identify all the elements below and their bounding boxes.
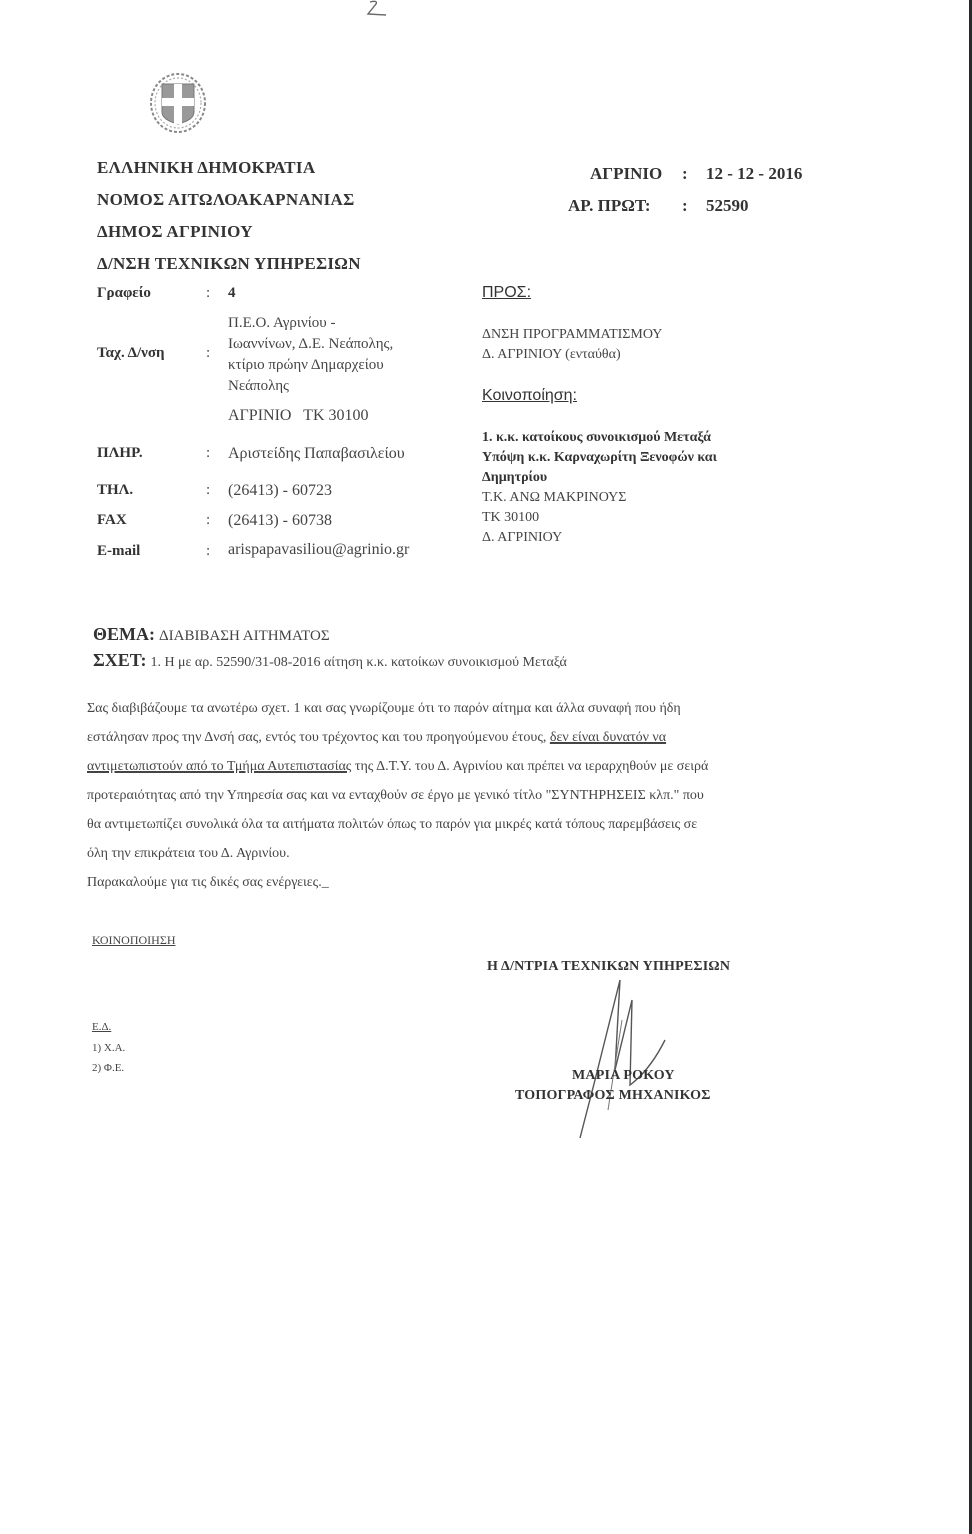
subject-row: ΘΕΜΑ: ΔΙΑΒΙΒΑΣΗ ΑΙΤΗΜΑΤΟΣ bbox=[93, 624, 330, 645]
cc-line: Υπόψη κ.κ. Καρναχωρίτη Ξενοφών και bbox=[482, 448, 717, 468]
address-value: Π.Ε.Ο. Αγρινίου - Ιωαννίνων, Δ.Ε. Νεάπολ… bbox=[228, 313, 468, 397]
reference-label: ΣΧΕΤ: bbox=[93, 650, 146, 670]
distribution-item: 2) Φ.Ε. bbox=[92, 1062, 124, 1074]
body-line: όλη την επικράτεια του Δ. Αγρινίου. bbox=[87, 839, 887, 868]
address-line: κτίριο πρώην Δημαρχείου bbox=[228, 355, 468, 376]
fax-colon: : bbox=[206, 512, 210, 529]
info-colon: : bbox=[206, 445, 210, 462]
header-department: Δ/ΝΣΗ ΤΕΧΝΙΚΩΝ ΥΠΗΡΕΣΙΩΝ bbox=[97, 254, 361, 274]
date-colon: : bbox=[682, 164, 688, 184]
to-line: Δ. ΑΓΡΙΝΙΟΥ (ενταύθα) bbox=[482, 345, 662, 365]
protocol-number: 52590 bbox=[706, 196, 749, 216]
subject-value: ΔΙΑΒΙΒΑΣΗ ΑΙΤΗΜΑΤΟΣ bbox=[159, 628, 330, 644]
subject-label: ΘΕΜΑ: bbox=[93, 624, 155, 644]
body-line: Παρακαλούμε για τις δικές σας ενέργειες.… bbox=[87, 868, 887, 897]
protocol-colon: : bbox=[682, 196, 688, 216]
email-label: E-mail bbox=[97, 543, 140, 560]
address-colon: : bbox=[206, 345, 210, 362]
distribution-item: 1) Χ.Α. bbox=[92, 1042, 125, 1054]
header-prefecture: ΝΟΜΟΣ ΑΙΤΩΛΟΑΚΑΡΝΑΝΙΑΣ bbox=[97, 190, 355, 210]
internal-distribution-heading: Ε.Δ. bbox=[92, 1021, 111, 1033]
cc-line: Δ. ΑΓΡΙΝΙΟΥ bbox=[482, 528, 717, 548]
address-line: Ιωαννίνων, Δ.Ε. Νεάπολης, bbox=[228, 334, 468, 355]
info-label: ΠΛΗΡ. bbox=[97, 445, 143, 462]
body-text-span: της Δ.Τ.Υ. του Δ. Αγρινίου και πρέπει να… bbox=[351, 759, 708, 774]
body-line: θα αντιμετωπίζει συνολικά όλα τα αιτήματ… bbox=[87, 810, 887, 839]
address-label: Ταχ. Δ/νση bbox=[97, 345, 165, 362]
reference-value: 1. Η με αρ. 52590/31-08-2016 αίτηση κ.κ.… bbox=[150, 655, 566, 670]
header-municipality: ΔΗΜΟΣ ΑΓΡΙΝΙΟΥ bbox=[97, 222, 253, 242]
letter-body: Σας διαβιβάζουμε τα ανωτέρω σχετ. 1 και … bbox=[87, 694, 887, 897]
cc-line: Δημητρίου bbox=[482, 468, 717, 488]
body-line: αντιμετωπιστούν από το Τμήμα Αυτεπιστασί… bbox=[87, 752, 887, 781]
email-colon: : bbox=[206, 543, 210, 560]
office-value: 4 bbox=[228, 285, 236, 302]
distribution-heading: ΚΟΙΝΟΠΟΙΗΣΗ bbox=[92, 933, 175, 948]
cc-recipient: 1. κ.κ. κατοίκους συνοικισμού Μεταξά Υπό… bbox=[482, 428, 717, 548]
greek-coat-of-arms-icon bbox=[148, 70, 208, 134]
email-link[interactable]: arispapavasiliou@agrinio.gr bbox=[228, 539, 409, 560]
body-line: προτεραιότητας από την Υπηρεσία σας και … bbox=[87, 781, 887, 810]
cc-line: Τ.Κ. ΑΝΩ ΜΑΚΡΙΝΟΥΣ bbox=[482, 488, 717, 508]
address-line: Π.Ε.Ο. Αγρινίου - bbox=[228, 313, 468, 334]
document-date: 12 - 12 - 2016 bbox=[706, 164, 802, 184]
body-underlined-span: δεν είναι δυνατόν να bbox=[550, 730, 666, 745]
handwritten-signature-icon bbox=[560, 960, 670, 1140]
body-line: Σας διαβιβάζουμε τα ανωτέρω σχετ. 1 και … bbox=[87, 694, 887, 723]
office-label: Γραφείο bbox=[97, 285, 151, 302]
to-line: ΔΝΣΗ ΠΡΟΓΡΑΜΜΑΤΙΣΜΟΥ bbox=[482, 325, 662, 345]
header-country: ΕΛΛΗΝΙΚΗ ΔΗΜΟΚΡΑΤΙΑ bbox=[97, 158, 315, 178]
cc-line: ΤΚ 30100 bbox=[482, 508, 717, 528]
signatory-name: ΜΑΡΙΑ ΡΟΚΟΥ bbox=[572, 1068, 675, 1084]
to-heading: ΠΡΟΣ: bbox=[482, 284, 531, 302]
address-line: Νεάπολης bbox=[228, 376, 468, 397]
phone-label: ΤΗΛ. bbox=[97, 482, 133, 499]
phone-colon: : bbox=[206, 482, 210, 499]
reference-row: ΣΧΕΤ: 1. Η με αρ. 52590/31-08-2016 αίτησ… bbox=[93, 650, 567, 671]
to-recipient: ΔΝΣΗ ΠΡΟΓΡΑΜΜΑΤΙΣΜΟΥ Δ. ΑΓΡΙΝΙΟΥ (ενταύθ… bbox=[482, 325, 662, 365]
handwritten-page-mark-icon bbox=[362, 0, 402, 18]
place-label: ΑΓΡΙΝΙΟ bbox=[590, 164, 662, 184]
phone-value: (26413) - 60723 bbox=[228, 480, 332, 501]
fax-value: (26413) - 60738 bbox=[228, 510, 332, 531]
body-underlined-span: αντιμετωπιστούν από το Τμήμα Αυτεπιστασί… bbox=[87, 759, 351, 774]
fax-label: FAX bbox=[97, 512, 127, 529]
info-value: Αριστείδης Παπαβασιλείου bbox=[228, 443, 405, 464]
cc-line: 1. κ.κ. κατοίκους συνοικισμού Μεταξά bbox=[482, 428, 717, 448]
address-city: ΑΓΡΙΝΙΟ ΤΚ 30100 bbox=[228, 405, 369, 426]
body-text-span: εστάλησαν προς την Δνσή σας, εντός του τ… bbox=[87, 730, 550, 745]
office-colon: : bbox=[206, 285, 210, 302]
cc-heading: Κοινοποίηση: bbox=[482, 387, 577, 405]
body-line: εστάλησαν προς την Δνσή σας, εντός του τ… bbox=[87, 723, 887, 752]
protocol-label: ΑΡ. ΠΡΩΤ: bbox=[568, 196, 651, 216]
signatory-role: ΤΟΠΟΓΡΑΦΟΣ ΜΗΧΑΝΙΚΟΣ bbox=[515, 1088, 711, 1104]
